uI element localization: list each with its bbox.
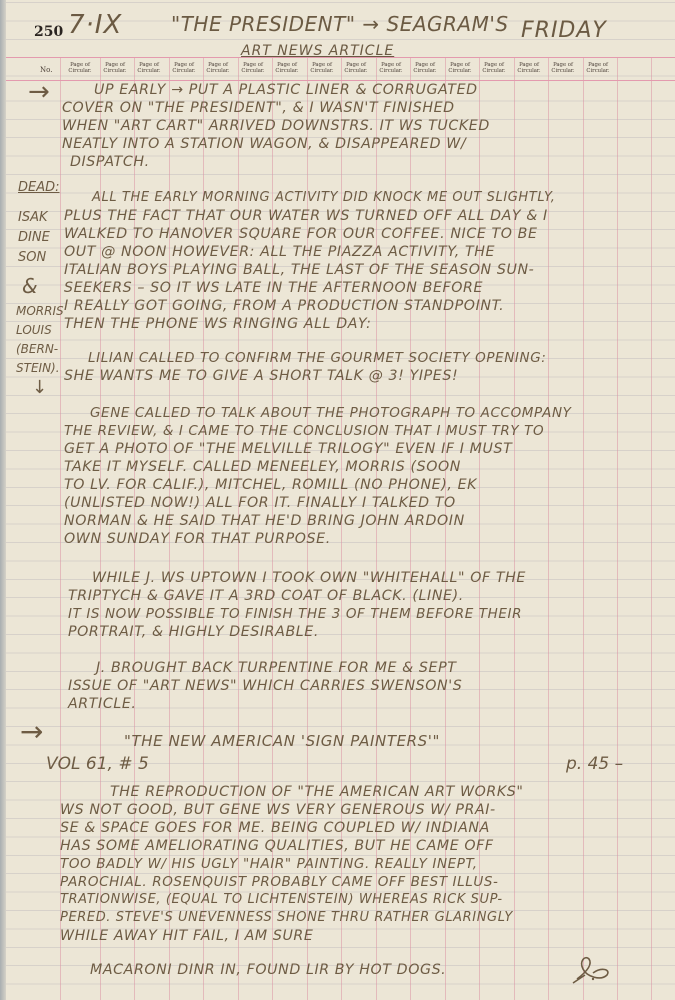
- entry-line: TRIPTYCH & GAVE IT A 3RD COAT OF BLACK. …: [68, 588, 464, 604]
- entry-line: GET A PHOTO OF "THE MELVILLE TRILOGY" EV…: [64, 441, 512, 457]
- entry-line: WALKED TO HANOVER SQUARE FOR OUR COFFEE.…: [64, 226, 538, 242]
- header-rule-bottom: [6, 80, 675, 81]
- entry-line: MACARONI DINR IN, FOUND LIR BY HOT DOGS.: [90, 962, 446, 978]
- entry-line: THEN THE PHONE WS RINGING ALL DAY:: [64, 316, 371, 332]
- article-title: "THE NEW AMERICAN 'SIGN PAINTERS'": [124, 732, 440, 750]
- ampersand-mark: &: [22, 276, 38, 296]
- column-header: Page of Circular.: [579, 62, 617, 74]
- entry-line: PORTRAIT, & HIGHLY DESIRABLE.: [68, 624, 319, 640]
- dead-name-isak-dinesen: ISAK DINE SON: [18, 208, 52, 268]
- entry-line: GENE CALLED TO TALK ABOUT THE PHOTOGRAPH…: [90, 405, 572, 421]
- volume-reference: VOL 61, # 5: [46, 754, 149, 774]
- entry-line: WS NOT GOOD, BUT GENE WS VERY GENEROUS W…: [60, 802, 496, 818]
- entry-line: THE REVIEW, & I CAME TO THE CONCLUSION T…: [64, 423, 544, 439]
- column-header: Page of Circular.: [544, 62, 582, 74]
- entry-line: OWN SUNDAY FOR THAT PURPOSE.: [64, 531, 331, 547]
- entry-line: IT IS NOW POSSIBLE TO FINISH THE 3 OF TH…: [68, 606, 522, 622]
- entry-line: I REALLY GOT GOING, FROM A PRODUCTION ST…: [64, 298, 504, 314]
- column-header: Page of Circular.: [268, 62, 306, 74]
- entry-line: NORMAN & HE SAID THAT HE'D BRING JOHN AR…: [64, 513, 465, 529]
- entry-subtitle: ART NEWS ARTICLE: [241, 43, 394, 59]
- entry-line: J. BROUGHT BACK TURPENTINE FOR ME & SEPT: [96, 660, 457, 676]
- arrow-mark: ↓: [32, 378, 47, 398]
- column-rule: [651, 57, 652, 1000]
- entry-line: (UNLISTED NOW!) ALL FOR IT. FINALLY I TA…: [64, 495, 456, 511]
- entry-line: TAKE IT MYSELF. CALLED MENEELEY, MORRIS …: [64, 459, 461, 475]
- signature-mark: [571, 955, 611, 985]
- entry-line: LILIAN CALLED TO CONFIRM THE GOURMET SOC…: [88, 350, 546, 366]
- column-header: Page of Circular.: [406, 62, 444, 74]
- arrow-mark: →: [28, 82, 50, 102]
- column-rule: [617, 57, 618, 1000]
- entry-line: HAS SOME AMELIORATING QUALITIES, BUT HE …: [60, 838, 494, 854]
- page-number: 250: [34, 24, 63, 40]
- column-no-label: No.: [40, 66, 52, 74]
- entry-line: SEEKERS – SO IT WS LATE IN THE AFTERNOON…: [64, 280, 483, 296]
- column-header: Page of Circular.: [372, 62, 410, 74]
- entry-line: DISPATCH.: [70, 154, 150, 170]
- column-header: Page of Circular.: [303, 62, 341, 74]
- entry-line: WHEN "ART CART" ARRIVED DOWNSTRS. IT WS …: [62, 118, 490, 134]
- entry-line: PAROCHIAL. ROSENQUIST PROBABLY CAME OFF …: [60, 874, 499, 890]
- entry-line: TO LV. FOR CALIF.), MITCHEL, ROMILL (NO …: [64, 477, 477, 493]
- entry-line: SHE WANTS ME TO GIVE A SHORT TALK @ 3! Y…: [64, 368, 458, 384]
- weekday: FRIDAY: [521, 18, 607, 43]
- page-reference: p. 45 –: [566, 754, 623, 774]
- entry-line: ITALIAN BOYS PLAYING BALL, THE LAST OF T…: [64, 262, 534, 278]
- entry-line: TRATIONWISE, (EQUAL TO LICHTENSTEIN) WHE…: [60, 892, 503, 907]
- entry-line: WHILE AWAY HIT FAIL, I AM SURE: [60, 928, 313, 944]
- column-header: Page of Circular.: [165, 62, 203, 74]
- column-header: Page of Circular.: [199, 62, 237, 74]
- column-header: Page of Circular.: [337, 62, 375, 74]
- entry-line: COVER ON "THE PRESIDENT", & I WASN'T FIN…: [62, 100, 455, 116]
- column-rule: [583, 57, 584, 1000]
- column-header: Page of Circular.: [441, 62, 479, 74]
- entry-title: "THE PRESIDENT" → SEAGRAM'S: [171, 12, 509, 36]
- entry-line: ARTICLE.: [68, 696, 137, 712]
- entry-line: THE REPRODUCTION OF "THE AMERICAN ART WO…: [110, 784, 523, 800]
- column-header: Page of Circular.: [61, 62, 99, 74]
- dead-label: DEAD:: [18, 178, 60, 198]
- entry-line: ALL THE EARLY MORNING ACTIVITY DID KNOCK…: [92, 190, 556, 205]
- entry-line: OUT @ NOON HOWEVER: ALL THE PIAZZA ACTIV…: [64, 244, 495, 260]
- entry-line: PERED. STEVE'S UNEVENNESS SHONE THRU RAT…: [60, 910, 513, 925]
- column-header: Page of Circular.: [130, 62, 168, 74]
- column-header: Page of Circular.: [510, 62, 548, 74]
- entry-line: PLUS THE FACT THAT OUR WATER WS TURNED O…: [64, 208, 548, 224]
- entry-line: SE & SPACE GOES FOR ME. BEING COUPLED W/…: [60, 820, 490, 836]
- ledger-page: 250 7·IX "THE PRESIDENT" → SEAGRAM'S ART…: [6, 0, 675, 1000]
- column-header: Page of Circular.: [234, 62, 272, 74]
- column-header: Page of Circular.: [96, 62, 134, 74]
- entry-line: TOO BADLY W/ HIS UGLY "HAIR" PAINTING. R…: [60, 856, 478, 872]
- entry-date: 7·IX: [68, 10, 122, 40]
- entry-line: NEATLY INTO A STATION WAGON, & DISAPPEAR…: [62, 136, 466, 152]
- entry-line: UP EARLY → PUT A PLASTIC LINER & CORRUGA…: [94, 82, 478, 98]
- arrow-mark: →: [20, 722, 43, 742]
- dead-name-morris-louis: MORRIS LOUIS (BERN- STEIN).: [16, 302, 54, 378]
- entry-line: ISSUE OF "ART NEWS" WHICH CARRIES SWENSO…: [68, 678, 462, 694]
- column-header: Page of Circular.: [475, 62, 513, 74]
- entry-line: WHILE J. WS UPTOWN I TOOK OWN "WHITEHALL…: [92, 570, 526, 586]
